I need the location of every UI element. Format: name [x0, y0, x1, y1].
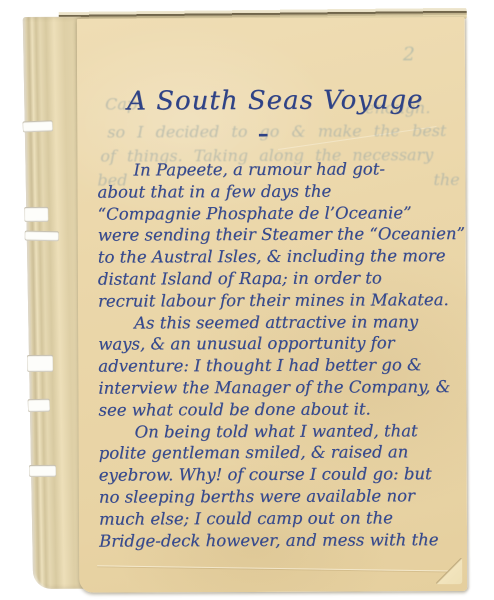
ghost-page-number: 2	[403, 43, 415, 65]
manuscript-title: A South Seas Voyage	[127, 85, 423, 116]
deckle-notch	[24, 207, 48, 222]
manuscript-line: interview the Manager of the Company, &	[98, 376, 460, 399]
manuscript-line: ways, & an unusual opportunity for	[98, 332, 460, 355]
title-separator-dash: –	[243, 121, 283, 147]
manuscript-line: As this seemed attractive in many	[98, 311, 460, 334]
manuscript-book: 2 Cap enough. so I decided to go & make …	[25, 5, 470, 595]
manuscript-line: distant Island of Rapa; in order to	[98, 267, 460, 290]
corner-fold	[436, 558, 462, 584]
manuscript-line: In Papeete, a rumour had got-	[97, 158, 459, 181]
manuscript-line: much else; I could camp out on the	[99, 507, 461, 530]
deckle-notch	[23, 120, 54, 132]
manuscript-line: see what could be done about it.	[98, 398, 460, 421]
manuscript-page: 2 Cap enough. so I decided to go & make …	[77, 17, 468, 593]
manuscript-line: On being told what I wanted, that	[99, 420, 461, 443]
manuscript-line: “Compagnie Phosphate de l’Oceanie”	[98, 202, 460, 225]
deckle-notch	[29, 465, 56, 477]
manuscript-line: to the Austral Isles, & including the mo…	[98, 245, 460, 268]
deckle-notch	[27, 355, 53, 372]
paragraph-2: As this seemed attractive in many ways, …	[98, 311, 460, 422]
deckle-notch	[28, 399, 50, 412]
paragraph-3: On being told what I wanted, that polite…	[99, 420, 462, 552]
manuscript-line: adventure: I thought I had better go &	[98, 354, 460, 377]
manuscript-line: Bridge-deck however, and mess with the	[99, 529, 461, 552]
manuscript-line: eyebrow. Why! of course I could go: but	[99, 463, 461, 486]
manuscript-line: polite gentleman smiled, & raised an	[99, 441, 461, 464]
paper-crease	[97, 565, 452, 572]
manuscript-line: no sleeping berths were available nor	[99, 485, 461, 508]
deckle-notch	[25, 231, 59, 242]
photo-background: 2 Cap enough. so I decided to go & make …	[0, 0, 494, 600]
manuscript-line: recruit labour for their mines in Makate…	[98, 289, 460, 312]
paragraph-1: In Papeete, a rumour had got- about that…	[97, 158, 460, 312]
manuscript-line: about that in a few days the	[97, 180, 459, 203]
manuscript-line: were sending their Steamer the “Oceanien…	[98, 223, 460, 246]
manuscript-text: In Papeete, a rumour had got- about that…	[97, 158, 461, 552]
